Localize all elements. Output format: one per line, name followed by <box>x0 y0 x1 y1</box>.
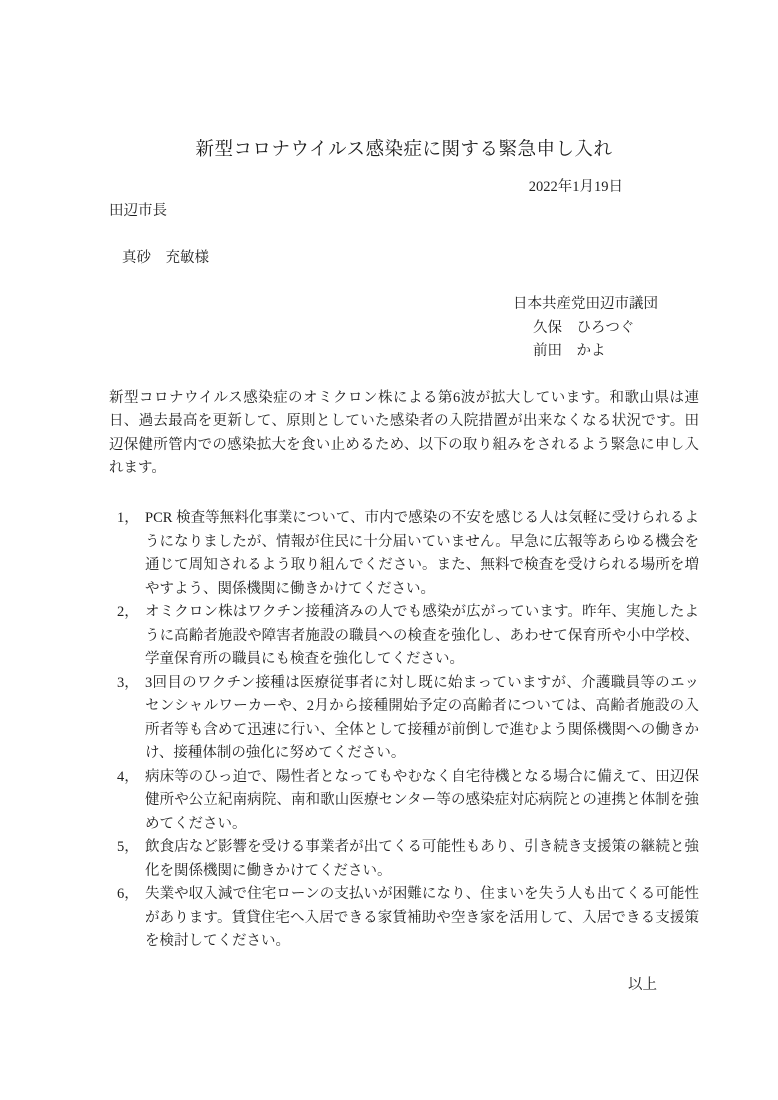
sender-organization: 日本共産党田辺市議団 <box>513 293 699 317</box>
addressee-name: 真砂 充敏様 <box>109 247 699 271</box>
item-number: 1， <box>117 507 139 531</box>
item-number: 3， <box>117 672 139 696</box>
sender-block: 日本共産党田辺市議団 久保 ひろつぐ 前田 かよ <box>513 293 699 364</box>
item-number: 5， <box>117 836 139 860</box>
closing-label: 以上 <box>109 974 699 998</box>
sender-member: 前田 かよ <box>513 340 699 364</box>
intro-paragraph: 新型コロナウイルス感染症のオミクロン株による第6波が拡大しています。和歌山県は連… <box>109 387 699 481</box>
sender-member: 久保 ひろつぐ <box>513 317 699 341</box>
request-item: 3， 3回目のワクチン接種は医療従事者に対し既に始まっていますが、介護職員等のエ… <box>109 672 699 766</box>
request-item-list: 1， PCR 検査等無料化事業について、市内で感染の不安を感じる人は気軽に受けら… <box>109 507 699 954</box>
request-item: 4， 病床等のひっ迫で、陽性者となってもやむなく自宅待機となる場合に備えて、田辺… <box>109 766 699 837</box>
request-item: 5， 飲食店など影響を受ける事業者が出てくる可能性もあり、引き続き支援策の継続と… <box>109 836 699 883</box>
request-item: 6， 失業や収入減で住宅ローンの支払いが困難になり、住まいを失う人も出てくる可能… <box>109 883 699 954</box>
item-text: 3回目のワクチン接種は医療従事者に対し既に始まっていますが、介護職員等のエッセン… <box>145 675 699 762</box>
item-text: PCR 検査等無料化事業について、市内で感染の不安を感じる人は気軽に受けられるよ… <box>145 510 699 597</box>
item-text: 失業や収入減で住宅ローンの支払いが困難になり、住まいを失う人も出てくる可能性があ… <box>145 886 699 949</box>
addressee-position: 田辺市長 <box>109 200 699 224</box>
request-item: 1， PCR 検査等無料化事業について、市内で感染の不安を感じる人は気軽に受けら… <box>109 507 699 601</box>
document-date: 2022年1月19日 <box>109 176 699 200</box>
item-text: 飲食店など影響を受ける事業者が出てくる可能性もあり、引き続き支援策の継続と強化を… <box>145 839 699 879</box>
item-text: 病床等のひっ迫で、陽性者となってもやむなく自宅待機となる場合に備えて、田辺保健所… <box>145 769 699 832</box>
document-title: 新型コロナウイルス感染症に関する緊急申し入れ <box>109 138 699 163</box>
item-number: 6， <box>117 883 139 907</box>
item-text: オミクロン株はワクチン接種済みの人でも感染が広がっています。昨年、実施したように… <box>145 604 699 667</box>
request-item: 2， オミクロン株はワクチン接種済みの人でも感染が広がっています。昨年、実施した… <box>109 601 699 672</box>
document-page: 新型コロナウイルス感染症に関する緊急申し入れ 2022年1月19日 田辺市長 真… <box>109 0 699 997</box>
item-number: 2， <box>117 601 139 625</box>
item-number: 4， <box>117 766 139 790</box>
